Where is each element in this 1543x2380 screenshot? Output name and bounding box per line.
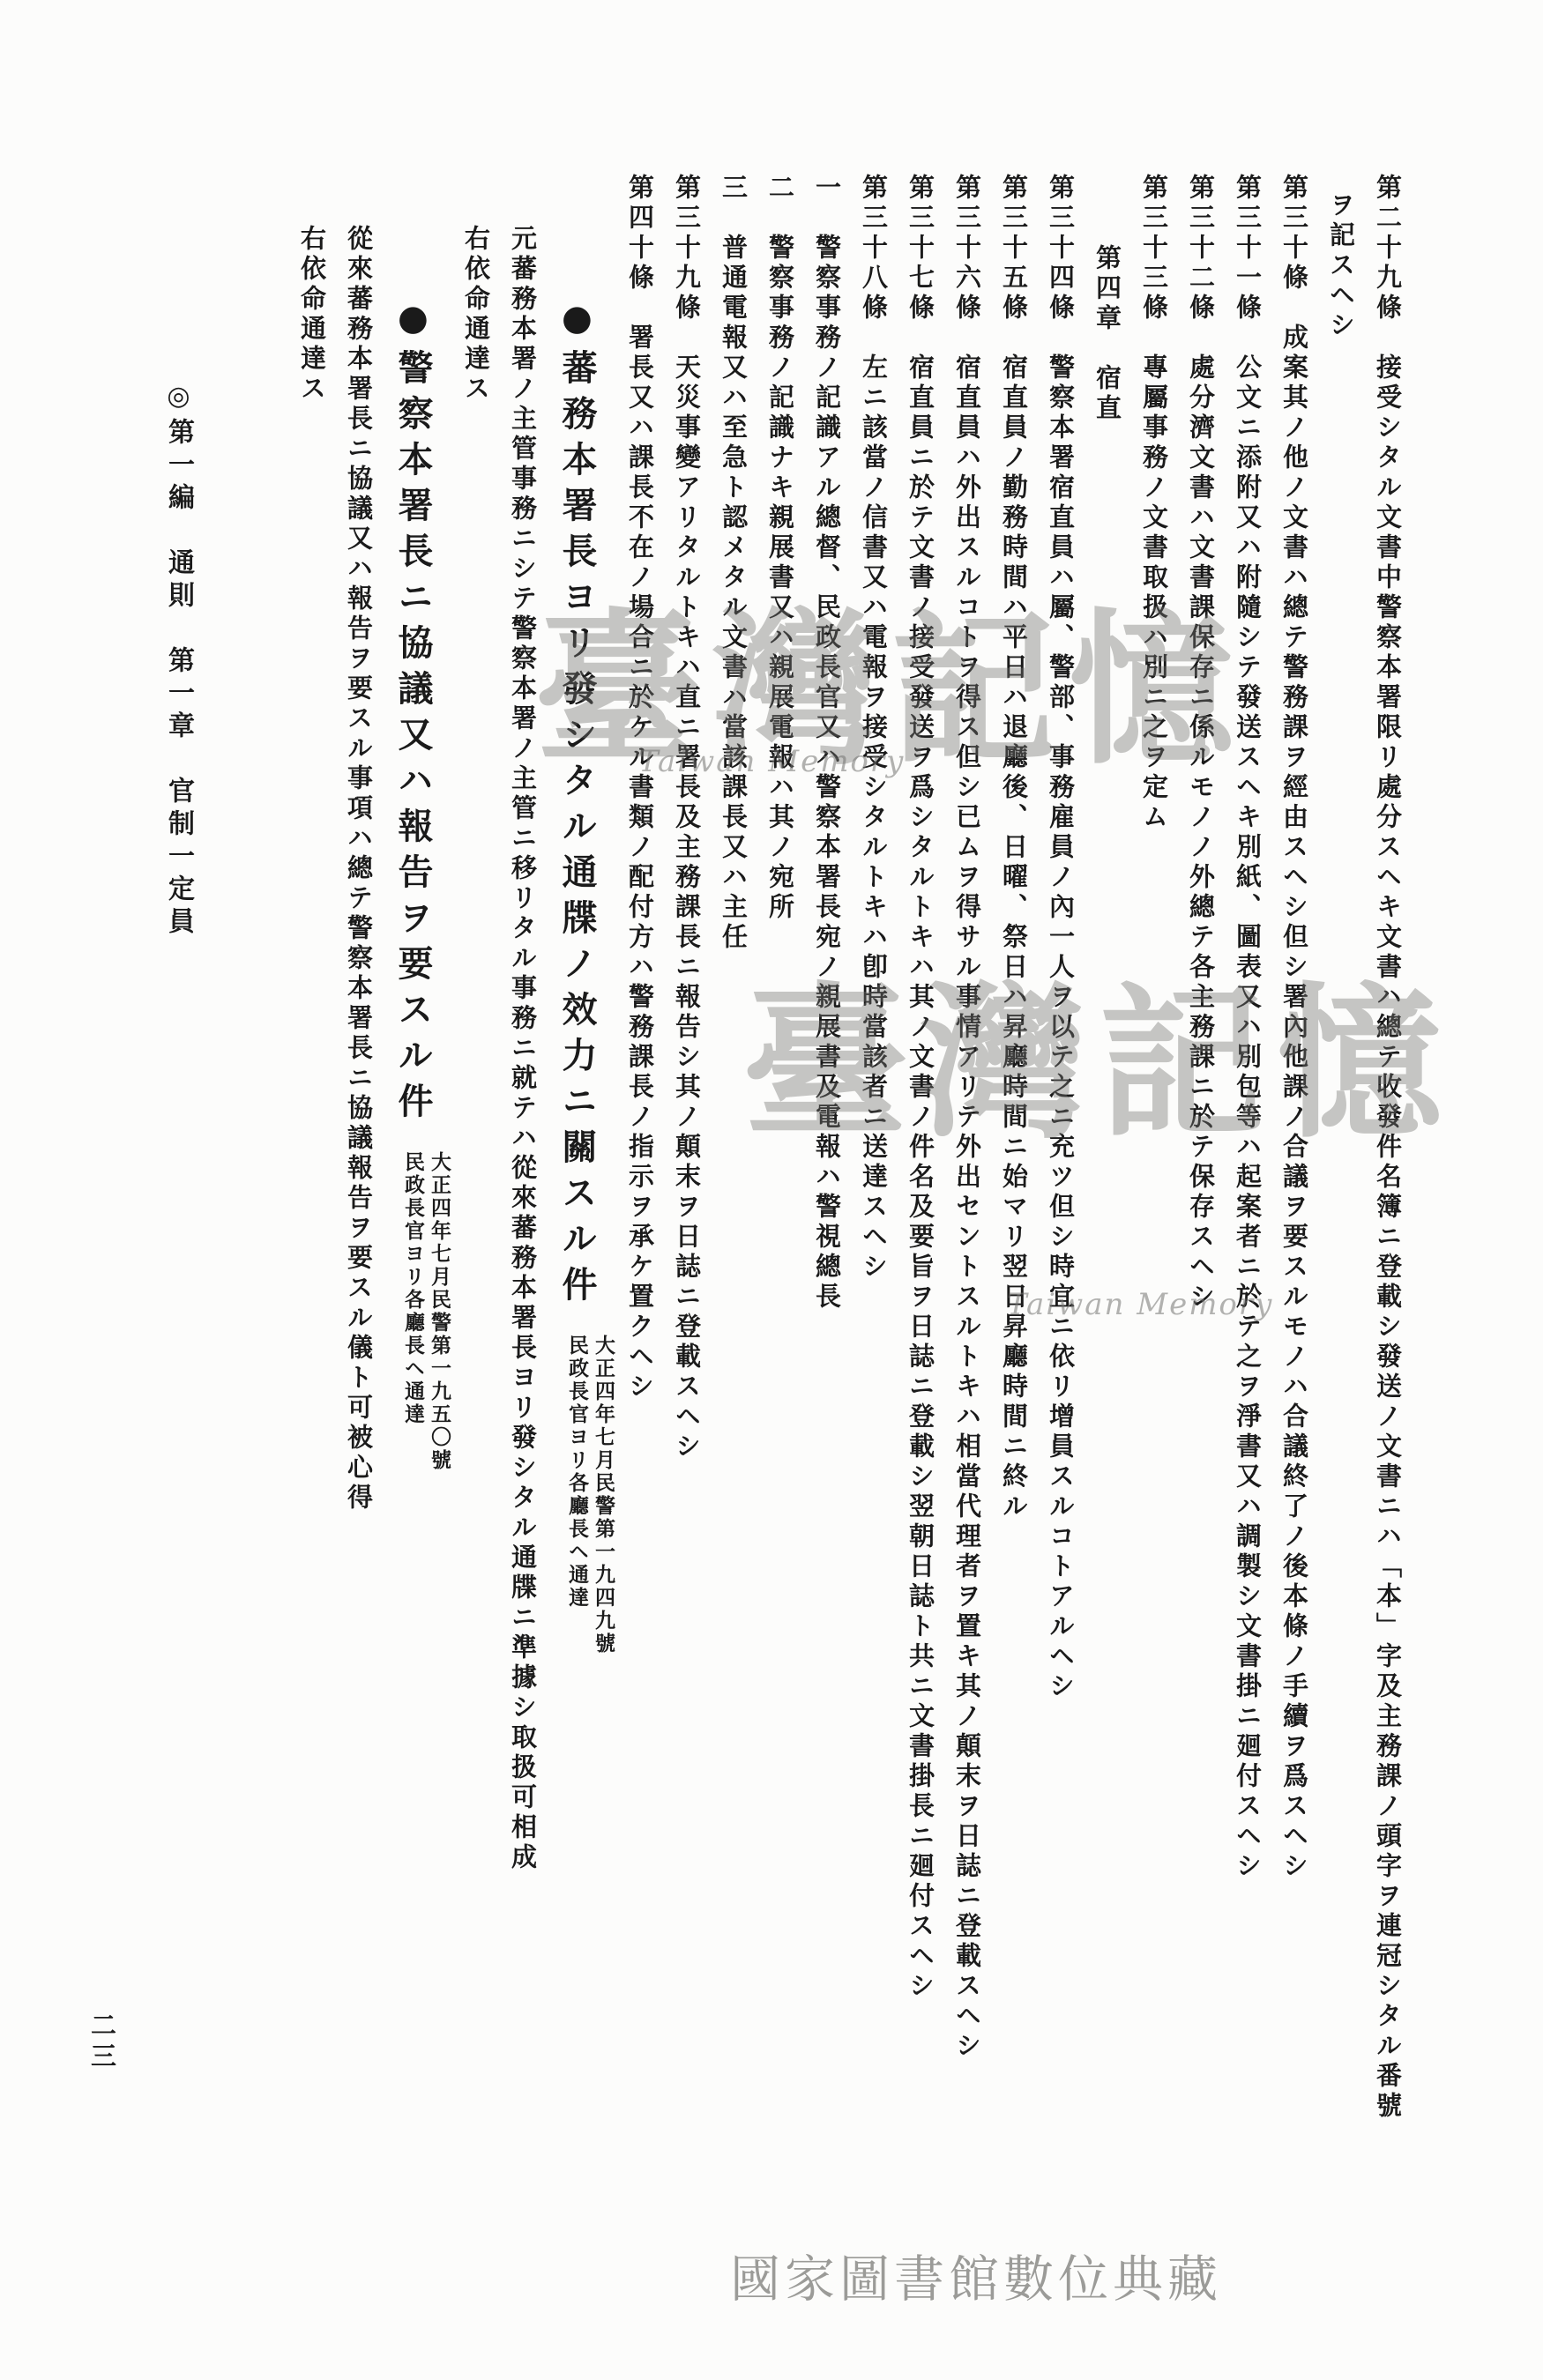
notice-1-title: ●蕃務本署長ヨリ發シタル通牒ノ效力ニ關スル件: [556, 297, 598, 1312]
notice-2-body: 從來蕃務本署長ニ協議又ハ報告ヲ要スル事項ハ總テ警察本署長ニ協議報告ヲ要スル儀ト可…: [335, 174, 382, 2122]
notice-1-annotation: 大正四年七月民警第一九四九號民政長官ヨリ各廳長ヘ通達: [563, 1335, 616, 1655]
library-footer: 國家圖書館數位典藏: [730, 2239, 1222, 2311]
notice-1-routing: 民政長官ヨリ各廳長ヘ通達: [563, 1335, 590, 1655]
article-38-item-3: 三 普通電報又ハ至急ト認メタル文書ハ當該課長又ハ主任: [710, 174, 757, 2122]
notice-2-heading: ●警察本署長ニ協議又ハ報告ヲ要スル件大正四年七月民警第一九五〇號民政長官ヨリ各廳…: [382, 174, 452, 2122]
page-number: 二三: [85, 2012, 121, 2073]
scanned-document-page: 第二十九條 接受シタル文書中警察本署限リ處分スヘキ文書ハ總テ收發件名簿ニ登載シ發…: [0, 0, 1543, 2380]
notice-1-closing: 右依命通達ス: [452, 174, 499, 2122]
article-29: 第二十九條 接受シタル文書中警察本署限リ處分スヘキ文書ハ總テ收發件名簿ニ登載シ發…: [1317, 174, 1411, 2122]
article-38-item-1: 一 警察事務ノ記識アル總督、民政長官又ハ警察本署長宛ノ親展書及電報ハ警視總長: [803, 174, 850, 2122]
article-38: 第三十八條 左ニ該當ノ信書又ハ電報ヲ接受シタルトキハ卽時當該者ニ送達スヘシ: [850, 174, 897, 2122]
running-header: ◎第一編 通則 第一章 官制一定員: [159, 381, 198, 940]
article-35: 第三十五條 宿直員ノ勤務時間ハ平日ハ退廳後、日曜、祭日ハ昇廳時間ニ始マリ翌日昇廳…: [990, 174, 1037, 2122]
main-text-block: 第二十九條 接受シタル文書中警察本署限リ處分スヘキ文書ハ總テ收發件名簿ニ登載シ發…: [220, 174, 1411, 2122]
article-33: 第三十三條 專屬事務ノ文書取扱ハ別ニ之ヲ定ム: [1130, 174, 1177, 2122]
article-36: 第三十六條 宿直員ハ外出スルコトヲ得ス但シ已ムヲ得サル事情アリテ外出セントスルト…: [943, 174, 990, 2122]
notice-1-docket-number: 大正四年七月民警第一九四九號: [590, 1335, 616, 1655]
notice-1-heading: ●蕃務本署長ヨリ發シタル通牒ノ效力ニ關スル件大正四年七月民警第一九四九號民政長官…: [546, 174, 616, 2122]
notice-1-body: 元蕃務本署ノ主管事務ニシテ警察本署ノ主管ニ移リタル事務ニ就テハ從來蕃務本署長ヨリ…: [499, 174, 546, 2122]
notice-2-annotation: 大正四年七月民警第一九五〇號民政長官ヨリ各廳長ヘ通達: [399, 1151, 452, 1472]
notice-2-routing: 民政長官ヨリ各廳長ヘ通達: [399, 1151, 426, 1472]
article-31: 第三十一條 公文ニ添附又ハ附隨シテ發送スヘキ別紙、圖表又ハ別包等ハ起案者ニ於テ之…: [1224, 174, 1271, 2122]
notice-2-closing: 右依命通達ス: [288, 174, 335, 2122]
notice-2-title: ●警察本署長ニ協議又ハ報告ヲ要スル件: [392, 297, 434, 1128]
article-38-item-2: 二 警察事務ノ記識ナキ親展書又ハ親展電報ハ其ノ宛所: [757, 174, 803, 2122]
article-40: 第四十條 署長又ハ課長不在ノ場合ニ於ケル書類ノ配付方ハ警務課長ノ指示ヲ承ケ置クヘ…: [616, 174, 663, 2122]
article-30: 第三十條 成案其ノ他ノ文書ハ總テ警務課ヲ經由スヘシ但シ署內他課ノ合議ヲ要スルモノ…: [1271, 174, 1317, 2122]
article-34: 第三十四條 警察本署宿直員ハ屬、警部、事務雇員ノ內一人ヲ以テ之ニ充ツ但シ時宜ニ依…: [1037, 174, 1084, 2122]
article-32: 第三十二條 處分濟文書ハ文書課保存ニ係ルモノノ外總テ各主務課ニ於テ保存スヘシ: [1177, 174, 1224, 2122]
chapter-4-heading: 第四章 宿直: [1084, 174, 1130, 2122]
article-37: 第三十七條 宿直員ニ於テ文書ノ接受發送ヲ爲シタルトキハ其ノ文書ノ件名及要旨ヲ日誌…: [897, 174, 943, 2122]
notice-2-docket-number: 大正四年七月民警第一九五〇號: [426, 1151, 452, 1472]
article-39: 第三十九條 天災事變アリタルトキハ直ニ署長及主務課長ニ報告シ其ノ顛末ヲ日誌ニ登載…: [663, 174, 710, 2122]
